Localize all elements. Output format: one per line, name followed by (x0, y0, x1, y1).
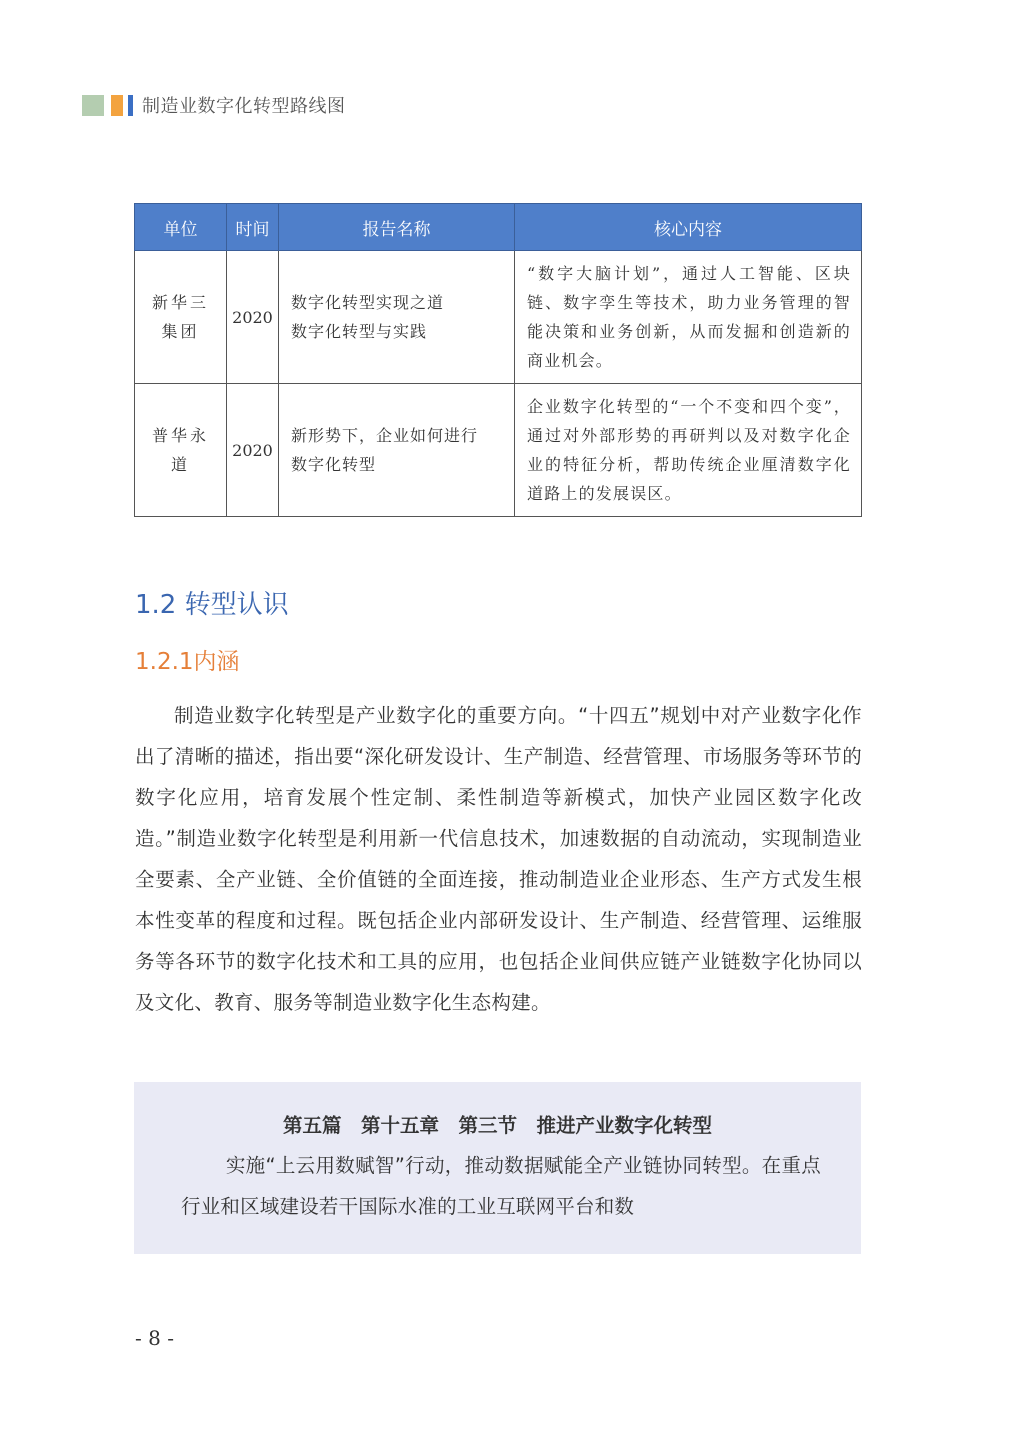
cell-report: 数字化转型实现之道 数字化转型与实践 (279, 251, 515, 384)
report-line: 数字化转型与实践 (291, 317, 504, 346)
running-header-title: 制造业数字化转型路线图 (142, 92, 346, 118)
quote-title: 第五篇 第十五章 第三节 推进产业数字化转型 (134, 1110, 861, 1138)
cell-year: 2020 (227, 251, 279, 384)
report-line: 新形势下，企业如何进行 (291, 421, 504, 450)
table-row: 普华永道 2020 新形势下，企业如何进行 数字化转型 企业数字化转型的“一个不… (135, 384, 862, 517)
table-header-row: 单位 时间 报告名称 核心内容 (135, 204, 862, 251)
cell-unit: 新华三集团 (135, 251, 227, 384)
report-table: 单位 时间 报告名称 核心内容 新华三集团 2020 数字化转型实现之道 数字化… (134, 203, 862, 517)
orange-block-icon (111, 95, 123, 116)
report-line: 数字化转型 (291, 450, 504, 479)
cell-unit: 普华永道 (135, 384, 227, 517)
subsection-heading: 1.2.1内涵 (135, 643, 240, 676)
cell-year: 2020 (227, 384, 279, 517)
body-paragraph: 制造业数字化转型是产业数字化的重要方向。“十四五”规划中对产业数字化作出了清晰的… (135, 695, 862, 1023)
table-row: 新华三集团 2020 数字化转型实现之道 数字化转型与实践 “数字大脑计划”，通… (135, 251, 862, 384)
column-header-core: 核心内容 (515, 204, 862, 251)
quote-box: 第五篇 第十五章 第三节 推进产业数字化转型 实施“上云用数赋智”行动，推动数据… (134, 1082, 861, 1254)
page-number: - 8 - (135, 1326, 174, 1350)
running-header: 制造业数字化转型路线图 (82, 92, 346, 118)
cell-core: “数字大脑计划”，通过人工智能、区块链、数字孪生等技术，助力业务管理的智能决策和… (515, 251, 862, 384)
quote-text: 实施“上云用数赋智”行动，推动数据赋能全产业链协同转型。在重点行业和区域建设若干… (181, 1145, 821, 1227)
report-line: 数字化转型实现之道 (291, 288, 504, 317)
blue-bar-icon (128, 95, 133, 116)
green-block-icon (82, 95, 104, 116)
section-heading: 1.2 转型认识 (135, 584, 289, 621)
column-header-unit: 单位 (135, 204, 227, 251)
column-header-report: 报告名称 (279, 204, 515, 251)
cell-report: 新形势下，企业如何进行 数字化转型 (279, 384, 515, 517)
cell-core: 企业数字化转型的“一个不变和四个变”，通过对外部形势的再研判以及对数字化企业的特… (515, 384, 862, 517)
column-header-year: 时间 (227, 204, 279, 251)
